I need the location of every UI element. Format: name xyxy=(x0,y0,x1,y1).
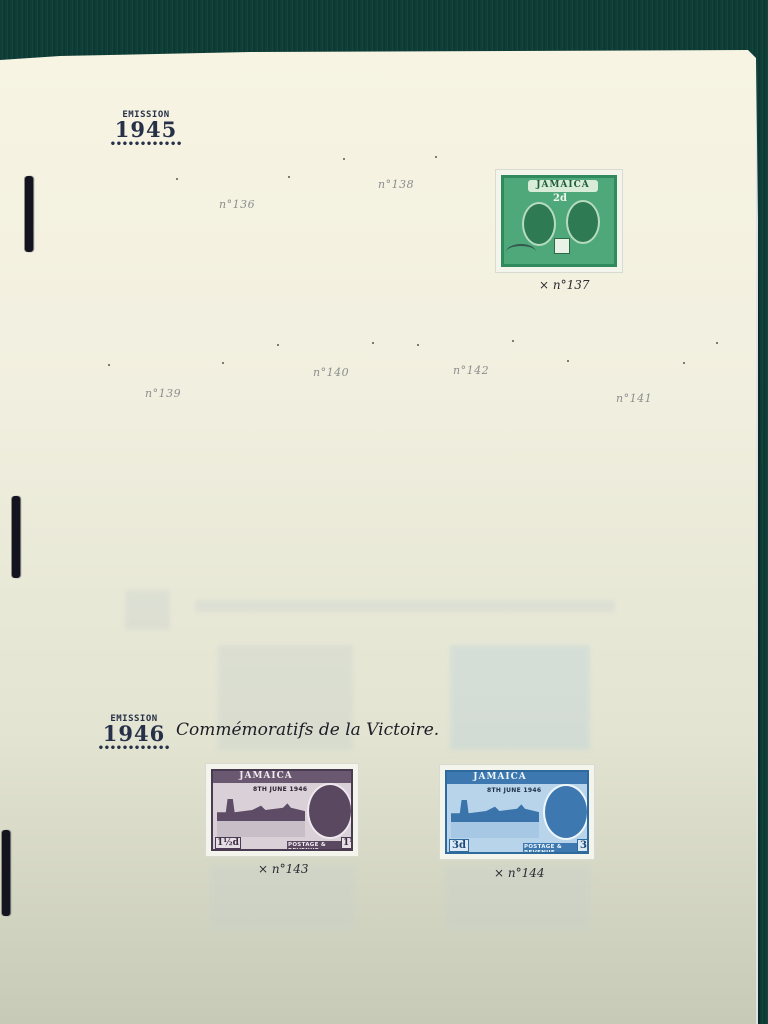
pencil-note-141: n°141 xyxy=(616,392,652,405)
stamp-jamaica-2d[interactable]: JAMAICA 2d xyxy=(496,170,622,272)
pencil-dot xyxy=(716,342,718,344)
stamp-value-right: 1½d xyxy=(341,837,353,849)
emission-year: 1946 xyxy=(88,724,180,744)
catalog-note-137: × n°137 xyxy=(539,278,590,292)
stamp-value-left: 1½d xyxy=(215,837,241,849)
pencil-dot xyxy=(222,362,224,364)
pencil-dot xyxy=(108,364,110,366)
show-through-stamp-right xyxy=(450,645,590,750)
album-page: EMISSION 1945 •••••••••••• n°136 n°138 n… xyxy=(0,50,756,1024)
shield-emblem xyxy=(554,238,570,254)
emission-header-1945: EMISSION 1945 •••••••••••• xyxy=(100,110,192,149)
pencil-dot xyxy=(435,156,437,158)
emission-header-1946: EMISSION 1946 •••••••••••• xyxy=(88,714,180,753)
pencil-dot xyxy=(288,176,290,178)
pencil-note-139: n°139 xyxy=(145,387,181,400)
postmark xyxy=(506,244,536,260)
king-portrait xyxy=(543,784,589,840)
parliament-skyline xyxy=(217,799,305,821)
pencil-dot xyxy=(277,344,279,346)
binding-slot-bottom xyxy=(2,830,10,916)
section-title: Commémoratifs de la Victoire. xyxy=(176,720,439,740)
stamp-value-right: 3d xyxy=(577,839,589,852)
stamp-country: JAMAICA xyxy=(526,180,600,190)
show-through-header xyxy=(125,590,170,630)
pencil-dot xyxy=(343,158,345,160)
portrait-right xyxy=(566,200,600,244)
stamp-country: JAMAICA xyxy=(227,771,305,781)
stamp-value: 2d xyxy=(553,193,567,204)
pencil-dot xyxy=(372,342,374,344)
pencil-dot xyxy=(683,362,685,364)
pencil-dot xyxy=(176,178,178,180)
river xyxy=(217,821,305,837)
emission-year: 1945 xyxy=(100,120,192,140)
pencil-dot xyxy=(567,360,569,362)
show-through-caption xyxy=(195,600,615,612)
parliament-skyline xyxy=(451,800,539,822)
pencil-dot xyxy=(512,340,514,342)
pencil-dot xyxy=(417,344,419,346)
stamp-jamaica-3d[interactable]: JAMAICA 8TH JUNE 1946 POSTAGE & REVENUE … xyxy=(440,765,594,859)
pencil-note-136: n°136 xyxy=(219,198,255,211)
pencil-note-138: n°138 xyxy=(378,178,414,191)
stamp-jamaica-1-5d[interactable]: JAMAICA 8TH JUNE 1946 POSTAGE & REVENUE … xyxy=(206,764,358,856)
binding-slot-top xyxy=(25,176,33,252)
stamp-country: JAMAICA xyxy=(461,772,539,782)
river xyxy=(451,822,539,838)
stamp-value-left: 3d xyxy=(449,839,469,852)
portrait-left xyxy=(522,202,556,246)
dotted-rule: •••••••••••• xyxy=(88,745,180,753)
pencil-note-140: n°140 xyxy=(313,366,349,379)
pencil-note-142: n°142 xyxy=(453,364,489,377)
dotted-rule: •••••••••••• xyxy=(100,141,192,149)
binding-slot-middle xyxy=(12,496,20,578)
king-portrait xyxy=(307,783,353,839)
stamp-date: 8TH JUNE 1946 xyxy=(487,787,541,794)
catalog-note-143: × n°143 xyxy=(258,862,309,876)
stamp-date: 8TH JUNE 1946 xyxy=(253,786,307,793)
catalog-note-144: × n°144 xyxy=(494,866,545,880)
